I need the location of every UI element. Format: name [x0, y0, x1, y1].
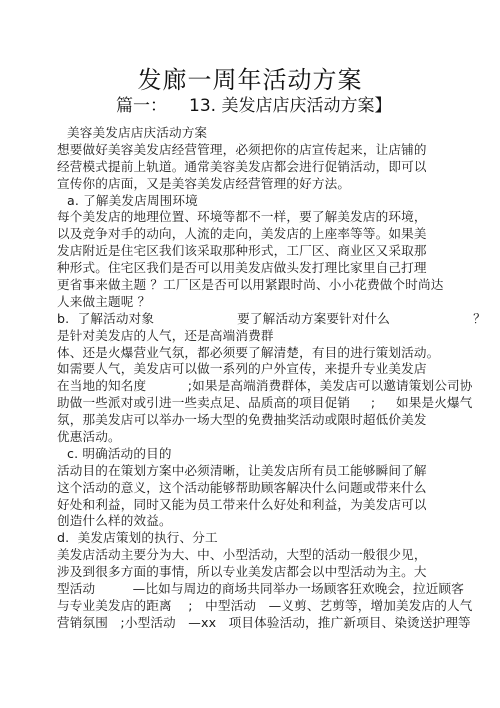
text-line: d. 美发店策划的执行、分工 [57, 530, 497, 547]
text-line: 美容美发店店庆活动方案 [57, 125, 497, 142]
text-line: 宣传你的店面，又是美容美发店经营管理的好方法。 [57, 176, 497, 193]
subtitle-label: 篇一： [116, 96, 167, 116]
text-line: 创造什么样的效益。 [57, 513, 497, 530]
text-line: 每个美发店的地理位置、环境等都不一样，要了解美发店的环境， [57, 209, 497, 226]
text-line: 发店附近是住宅区我们该采取那种形式，工厂区、商业区又采取那 [57, 243, 497, 260]
text-line: 人来做主题呢 ？ [57, 294, 497, 311]
text-line: 是针对美发店的人气，还是高端消费群 [57, 328, 497, 345]
text-line: 营销氛围 ;小型活动 —xx 项目体验活动，推广新项目、染烫送护理等 [57, 615, 497, 632]
document-body: 美容美发店店庆活动方案想要做好美容美发店经营管理，必须把你的店宣传起来，让店铺的… [57, 125, 497, 632]
text-line: 以及竞争对手的动向，人流的走向，美发店的上座率等等。如果美 [57, 226, 497, 243]
text-line: 型活动 —比如与周边的商场共同举办一场顾客狂欢晚会，拉近顾客 [57, 581, 497, 598]
text-line: 氛，那美发店可以举办一场大型的免费抽奖活动或限时超低价美发 [57, 412, 497, 429]
text-line: 经营模式提前上轨道。通常美容美发店都会进行促销活动，即可以 [57, 159, 497, 176]
text-line: 种形式。住宅区我们是否可以用美发店做头发打理比家里自己打理 [57, 260, 497, 277]
document-title: 发廊一周年活动方案 [0, 60, 500, 95]
text-line: b. 了解活动对象 要了解活动方案要针对什么 ？ [57, 311, 497, 328]
text-line: 涉及到很多方面的事情，所以专业美发店都会以中型活动为主。大 [57, 564, 497, 581]
subtitle-text: 13. 美发店店庆活动方案】 [189, 96, 391, 116]
text-line: c. 明确活动的目的 [57, 446, 497, 463]
text-line: 在当地的知名度 ;如果是高端消费群体，美发店可以邀请策划公司协 [57, 378, 497, 395]
text-line: 这个活动的意义，这个活动能够帮助顾客解决什么问题或带来什么 [57, 480, 497, 497]
text-line: 助做一些派对或引进一些卖点足、品质高的项目促销 ; 如果是火爆气 [57, 395, 497, 412]
text-line: 想要做好美容美发店经营管理，必须把你的店宣传起来，让店铺的 [57, 142, 497, 159]
text-line: a. 了解美发店周围环境 [57, 193, 497, 210]
text-line: 美发店活动主要分为大、中、小型活动，大型的活动一般很少见， [57, 547, 497, 564]
text-line: 与专业美发店的距离 ; 中型活动 —义剪、艺剪等，增加美发店的人气 [57, 598, 497, 615]
text-line: 优惠活动。 [57, 429, 497, 446]
text-line: 好处和利益，同时又能为员工带来什么好处和利益，为美发店可以 [57, 497, 497, 514]
text-line: 活动目的在策划方案中必须清晰，让美发店所有员工能够瞬间了解 [57, 463, 497, 480]
text-line: 更省事来做主题 ？工厂区是否可以用紧跟时尚、小小花费做个时尚达 [57, 277, 497, 294]
text-line: 如需要人气，美发店可以做一系列的户外宣传，来提升专业美发店 [57, 361, 497, 378]
document-subtitle: 篇一：13. 美发店店庆活动方案】 [116, 91, 391, 116]
text-line: 体、还是火爆营业气氛，都必须要了解清楚，有目的进行策划活动。 [57, 345, 497, 362]
